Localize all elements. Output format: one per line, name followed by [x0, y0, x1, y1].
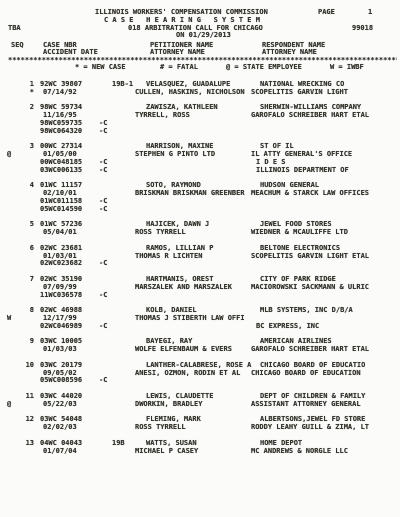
respondent-attorney: GAROFALO SCHREIBER HART ETAL: [251, 346, 369, 354]
consolidated-case-number: 05WC008596: [40, 377, 82, 385]
consolidated-case-number: 03WC006135: [40, 167, 82, 175]
respondent-attorney: ASSISTANT ATTORNEY GENERAL: [251, 401, 361, 409]
consolidated-flag: -C: [99, 167, 107, 175]
consolidated-respondent: ILLINOIS DEPARTMENT OF: [256, 167, 349, 175]
petitioner-attorney: ROSS TYRRELL: [135, 229, 186, 237]
consolidated-flag: -C: [99, 377, 107, 385]
respondent-attorney: CHICAGO BOARD OF EDUCATION: [251, 370, 361, 378]
consolidated-flag: -C: [99, 128, 107, 136]
accident-date: 07/14/92: [43, 89, 77, 97]
accident-date: 02/02/03: [43, 424, 77, 432]
case-seq: 11: [13, 393, 34, 401]
petitioner-attorney: THOMAS J STIBERTH LAW OFFI: [135, 315, 245, 323]
call-number: 99018: [352, 25, 373, 33]
case-symbol: *: [13, 89, 34, 97]
case-row: 1203WC 54048FLEMING, MARKALBERTSONS,JEWE…: [0, 416, 400, 432]
case-row: 401WC 11157SOTO, RAYMONDHUDSON GENERAL02…: [0, 182, 400, 213]
petitioner-attorney: BRISKMAN BRISKMAN GREENBER: [135, 190, 245, 198]
case-row: 192WC 3980719B-1VELASQUEZ, GUADALUPENATI…: [0, 81, 400, 97]
consolidated-case-number: 05WC014590: [40, 206, 82, 214]
petitioner-attorney: ANESI, OZMON, RODIN ET AL: [135, 370, 240, 378]
respondent-name: MLB SYSTEMS, INC D/B/A: [260, 307, 353, 315]
case-row: 501WC 57236HAJICEK, DAWN JJEWEL FOOD STO…: [0, 221, 400, 237]
case-row: 1003WC 20179LANTHER-CALABRESE, ROSE ACHI…: [0, 362, 400, 385]
respondent-attorney: SCOPELITIS GARVIN LIGHT: [251, 89, 348, 97]
case-row: 903WC 10005BAYEGI, RAYAMERICAN AIRLINES0…: [0, 338, 400, 354]
tba-label: TBA: [8, 25, 21, 33]
consolidated-case-number: 11WC036578: [40, 292, 82, 300]
case-seq: 5: [13, 221, 34, 229]
legend-new-case: * = NEW CASE: [75, 64, 126, 72]
case-seq: 7: [13, 276, 34, 284]
legend-fatal: # = FATAL: [160, 64, 198, 72]
accident-date: 05/04/01: [43, 229, 77, 237]
case-seq: 10: [13, 362, 34, 370]
legend-iwbf: W = IWBF: [330, 64, 364, 72]
respondent-attorney: GAROFALO SCHREIBER HART ETAL: [251, 112, 369, 120]
consolidated-case-number: 02WC046989: [40, 323, 82, 331]
petitioner-attorney: CULLEN, HASKINS, NICHOLSON: [135, 89, 245, 97]
petitioner-attorney: TYRRELL, ROSS: [135, 112, 190, 120]
case-symbol: W: [7, 315, 11, 323]
case-seq: 2: [13, 104, 34, 112]
respondent-attorney: WIEDNER & MCAULIFFE LTD: [251, 229, 348, 237]
accident-date: 01/03/03: [43, 346, 77, 354]
respondent-attorney: RODDY LEAHY GUILL & ZIMA, LT: [251, 424, 369, 432]
arbitration-call-report-page: ILLINOIS WORKERS' COMPENSATION COMMISSIO…: [0, 0, 400, 517]
consolidated-flag: -C: [99, 292, 107, 300]
docket-code: 19B-1: [112, 81, 133, 89]
petitioner-attorney: DWORKIN, BRADLEY: [135, 401, 202, 409]
consolidated-respondent: BC EXPRESS, INC: [256, 323, 319, 331]
petitioner-attorney: ROSS TYRRELL: [135, 424, 186, 432]
petitioner-attorney: MICHAEL P CASEY: [135, 448, 198, 456]
call-date: ON 01/29/2013: [176, 32, 231, 40]
case-seq: 13: [13, 440, 34, 448]
petitioner-attorney: STEPHEN G PINTO LTD: [135, 151, 215, 159]
docket-code: 19B: [112, 440, 125, 448]
consolidated-flag: -C: [99, 323, 107, 331]
accident-date: 01/07/04: [43, 448, 77, 456]
accident-date: 05/22/03: [43, 401, 77, 409]
petitioner-attorney: MARSZALEK AND MARSZALEK: [135, 284, 232, 292]
case-seq: 9: [13, 338, 34, 346]
case-row: 802WC 46988KOLB, DANIELMLB SYSTEMS, INC …: [0, 307, 400, 330]
petitioner-attorney: THOMAS R LICHTEN: [135, 253, 202, 261]
case-seq: 4: [13, 182, 34, 190]
respondent-attorney: MC ANDREWS & NORGLE LLC: [251, 448, 348, 456]
consolidated-flag: -C: [99, 260, 107, 268]
case-row: 1103WC 44020LEWIS, CLAUDETTEDEPT OF CHIL…: [0, 393, 400, 409]
page-number: 1: [368, 9, 372, 17]
case-row: 602WC 23681RAMOS, LILLIAN PBELTONE ELECT…: [0, 245, 400, 268]
case-seq: 3: [13, 143, 34, 151]
legend-state-employee: @ = STATE EMPLOYEE: [226, 64, 302, 72]
respondent-attorney: MACIOROWSKI SACKMANN & ULRIC: [251, 284, 369, 292]
case-row: 1304WC 0404319BWATTS, SUSANHOME DEPOT01/…: [0, 440, 400, 456]
case-seq: 8: [13, 307, 34, 315]
respondent-attorney: MEACHUM & STARCK LAW OFFICES: [251, 190, 369, 198]
case-symbol: @: [7, 151, 11, 159]
case-seq: 6: [13, 245, 34, 253]
consolidated-case-number: 02WC023682: [40, 260, 82, 268]
case-symbol: @: [7, 401, 11, 409]
case-row: 298WC 59734ZAWISZA, KATHLEENSHERWIN-WILL…: [0, 104, 400, 135]
page-label: PAGE: [318, 9, 335, 17]
respondent-attorney: SCOPELITIS GARVIN LIGHT ETAL: [251, 253, 369, 261]
case-row: 300WC 27314HARRISON, MAXINEST OF IL@01/0…: [0, 143, 400, 174]
case-row: 702WC 35190HARTMANIS, ORESTCITY OF PARK …: [0, 276, 400, 299]
consolidated-case-number: 98WC064320: [40, 128, 82, 136]
case-seq: 12: [13, 416, 34, 424]
petitioner-attorney: WOLFE ELFENBAUM & EVERS: [135, 346, 232, 354]
col-seq: SEQ: [11, 42, 24, 50]
consolidated-flag: -C: [99, 206, 107, 214]
